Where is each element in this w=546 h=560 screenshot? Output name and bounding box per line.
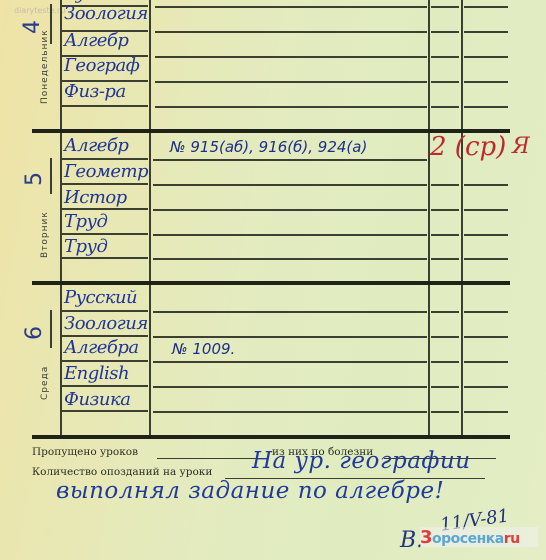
day-label-wednesday: Среда [40,366,50,400]
row-line [153,311,427,313]
grid-line-grade-right [461,0,463,436]
watermark-logo: 3оросенкаru [420,527,538,547]
row-line [153,159,427,161]
row-line [464,386,508,388]
row-line [155,56,427,58]
row-line [464,184,508,186]
day-number-tuesday: 5 [22,172,47,186]
row-line [153,336,427,338]
row-line [431,31,459,33]
row-line [431,184,459,186]
homework-tuesday-1: № 915(аб), 916(б), 924(а) [170,138,367,156]
missed-lessons-field[interactable] [157,458,257,459]
row-line [431,311,459,313]
row-line [155,81,427,83]
row-line [431,209,459,211]
subject-wednesday-5: Физика [64,382,150,418]
row-line [464,31,508,33]
row-line [431,336,459,338]
homework-wednesday-3: № 1009. [172,340,235,358]
row-line [464,56,508,58]
row-line [431,56,459,58]
row-line [464,361,508,363]
row-line [155,106,427,108]
teacher-note-line-2: выполнял задание по алгебре! [56,478,444,504]
grid-line-grade-left [428,0,430,436]
row-line [155,31,427,33]
day-label-monday: Понедельник [40,29,50,104]
row-line [431,6,459,8]
diary-page: diaryteste.ru Понедельник 4 Русский Зоол… [0,0,546,560]
row-line [153,209,427,211]
row-line [153,258,427,260]
row-line [464,258,508,260]
subject-tuesday-5: Труд [64,229,150,265]
day-number-monday: 4 [20,20,45,34]
row-line [464,311,508,313]
row-line [153,184,427,186]
late-count-label: Количество опозданий на уроки [32,466,212,478]
row-line [431,361,459,363]
row-line [464,81,508,83]
teacher-note-line-1: На ур. географии [252,448,471,474]
row-line [431,234,459,236]
row-line [431,411,459,413]
row-line [464,234,508,236]
row-line [153,386,427,388]
row-line [464,336,508,338]
subject-monday-5: Физ-ра [64,74,150,110]
row-line [464,209,508,211]
grid-line-subject-left [60,0,62,436]
row-line [153,234,427,236]
day-number-rule [50,4,52,44]
day-separator-3 [32,435,510,439]
watermark-top: diaryteste.ru [14,6,65,15]
row-line [431,106,459,108]
day-number-rule [50,158,52,194]
row-line [431,81,459,83]
row-line [431,386,459,388]
day-number-rule [50,310,52,348]
row-line [153,411,427,413]
row-line [155,6,427,8]
missed-lessons-label: Пропущено уроков [32,446,138,458]
grade-signature-tuesday-1: Я [512,134,530,159]
row-line [153,361,427,363]
day-number-wednesday: 6 [22,326,47,340]
row-line [464,411,508,413]
row-line [464,106,508,108]
grade-tuesday-1: 2 (ср) [430,132,506,162]
row-line [464,6,508,8]
day-label-tuesday: Вторник [40,211,50,258]
row-line [431,258,459,260]
